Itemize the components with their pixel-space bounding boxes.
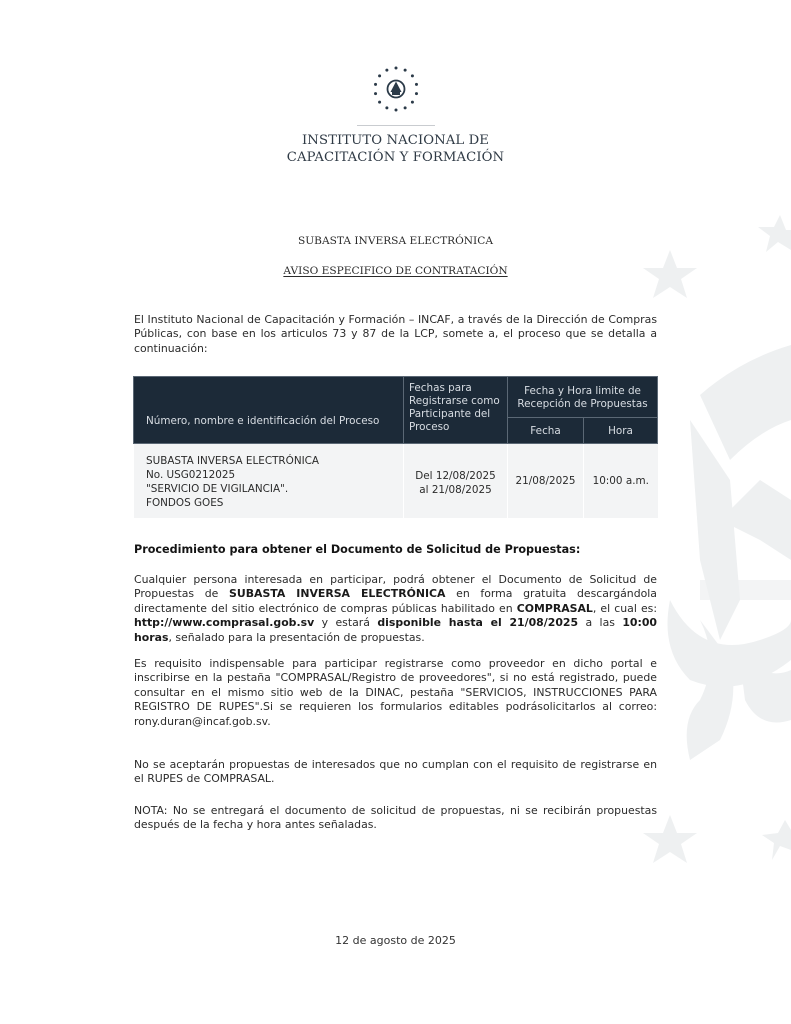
deadline-date: 21/08/2025 bbox=[508, 444, 584, 519]
document-title: SUBASTA INVERSA ELECTRÓNICA bbox=[0, 235, 791, 247]
procedure-paragraph-2: Es requisito indispensable para particip… bbox=[134, 657, 657, 729]
header-divider bbox=[357, 125, 435, 126]
process-table: Número, nombre e identificación del Proc… bbox=[133, 376, 658, 518]
institution-name-line2: CAPACITACIÓN Y FORMACIÓN bbox=[0, 150, 791, 165]
institution-name-line1: INSTITUTO NACIONAL DE bbox=[0, 133, 791, 148]
registration-cell: Del 12/08/2025 al 21/08/2025 bbox=[404, 444, 508, 519]
process-type: SUBASTA INVERSA ELECTRÓNICA bbox=[146, 454, 391, 468]
bold-process-type: SUBASTA INVERSA ELECTRÓNICA bbox=[229, 587, 445, 600]
table-row: SUBASTA INVERSA ELECTRÓNICA No. USG02120… bbox=[134, 444, 658, 519]
process-cell: SUBASTA INVERSA ELECTRÓNICA No. USG02120… bbox=[134, 444, 404, 519]
header-registration: Fechas para Registrarse como Participant… bbox=[404, 377, 508, 444]
procedure-heading: Procedimiento para obtener el Documento … bbox=[134, 543, 580, 556]
document-subtitle: AVISO ESPECIFICO DE CONTRATACIÓN bbox=[0, 265, 791, 277]
header-deadline: Fecha y Hora limite de Recepción de Prop… bbox=[508, 377, 658, 418]
procedure-paragraph-1: Cualquier persona interesada en particip… bbox=[134, 573, 657, 645]
process-number: No. USG0212025 bbox=[146, 468, 391, 482]
header-date: Fecha bbox=[508, 418, 584, 444]
process-funds: FONDOS GOES bbox=[146, 496, 391, 510]
registration-to: al 21/08/2025 bbox=[405, 483, 506, 497]
procedure-note: NOTA: No se entregará el documento de so… bbox=[134, 804, 657, 833]
procedure-paragraph-3: No se aceptarán propuestas de interesado… bbox=[134, 758, 657, 787]
bold-comprasal: COMPRASAL bbox=[517, 602, 593, 615]
process-name: "SERVICIO DE VIGILANCIA". bbox=[146, 482, 391, 496]
header-time: Hora bbox=[584, 418, 658, 444]
header-process: Número, nombre e identificación del Proc… bbox=[134, 377, 404, 444]
document-date: 12 de agosto de 2025 bbox=[0, 934, 791, 947]
el-salvador-coat-of-arms-icon bbox=[371, 64, 421, 114]
registration-from: Del 12/08/2025 bbox=[405, 469, 506, 483]
deadline-time: 10:00 a.m. bbox=[584, 444, 658, 519]
intro-paragraph: El Instituto Nacional de Capacitación y … bbox=[134, 313, 657, 356]
bold-availability: disponible hasta el 21/08/2025 bbox=[377, 616, 578, 629]
comprasal-url: http://www.comprasal.gob.sv bbox=[134, 616, 314, 629]
